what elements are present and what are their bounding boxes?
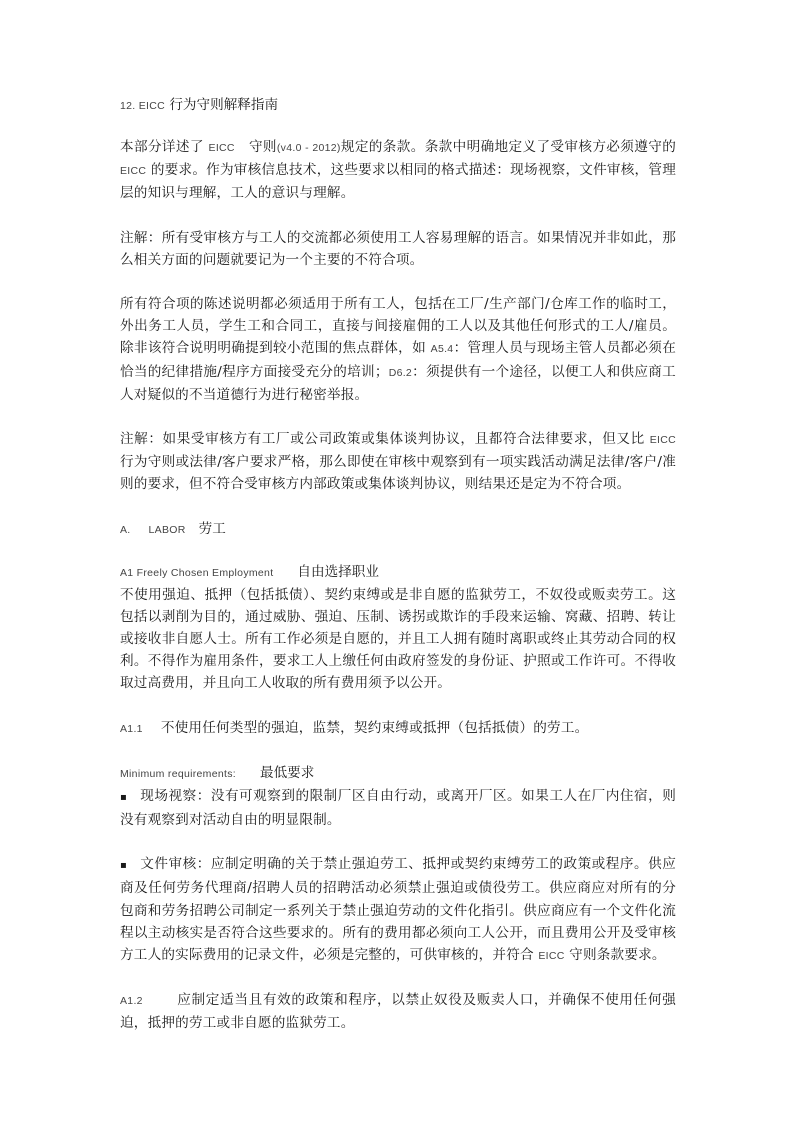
- section-chinese: 劳工: [199, 521, 226, 537]
- a1-english: A1 Freely Chosen Employment: [120, 567, 273, 579]
- intro-text-1: 本部分详述了: [120, 139, 204, 155]
- intro-text-3: 规定的条款。条款中明确地定义了受审核方必须遵守的: [341, 139, 676, 155]
- bullet-document-review: ▪文件审核：应制定明确的关于禁止强迫劳工、抵押或契约束缚劳工的政策或程序。供应商…: [120, 853, 676, 967]
- title-number: 12. EICC: [120, 100, 165, 112]
- a1-chinese: 自由选择职业: [297, 564, 379, 580]
- a1-body: 不使用强迫、抵押（包括抵债）、契约束缚或是非自愿的监狱劳工，不奴役或贩卖劳工。这…: [120, 584, 676, 695]
- eicc-term: EICC: [538, 950, 564, 962]
- document-page: 12. EICC 行为守则解释指南 本部分详述了 EICC 守则(v4.0 - …: [120, 94, 676, 1057]
- clause-code: A1.2: [120, 995, 143, 1007]
- note-language-paragraph: 注解：所有受审核方与工人的交流都必须使用工人容易理解的语言。如果情况并非如此，那…: [120, 227, 676, 271]
- bullet-icon: ▪: [120, 855, 140, 877]
- clause-text: 不使用任何类型的强迫，监禁，契约束缚或抵押（包括抵债）的劳工。: [161, 720, 589, 736]
- a1-2-clause: A1.2应制定适当且有效的政策和程序，以禁止奴役及贩卖人口，并确保不使用任何强迫…: [120, 989, 676, 1034]
- intro-paragraph: 本部分详述了 EICC 守则(v4.0 - 2012)规定的条款。条款中明确地定…: [120, 136, 676, 205]
- scope-paragraph: 所有符合项的陈述说明都必须适用于所有工人，包括在工厂/生产部门/仓库工作的临时工…: [120, 293, 676, 406]
- eicc-term: EICC: [120, 165, 146, 177]
- document-title: 12. EICC 行为守则解释指南: [120, 94, 676, 117]
- section-english: LABOR: [149, 524, 186, 536]
- section-label: A.: [120, 524, 131, 536]
- intro-text-2: 守则: [249, 139, 277, 155]
- bullet-text-2: 守则条款要求。: [569, 947, 666, 963]
- min-req-english: Minimum requirements:: [120, 768, 236, 780]
- note-policy-paragraph: 注解：如果受审核方有工厂或公司政策或集体谈判协议，且都符合法律要求，但又比 EI…: [120, 428, 676, 496]
- a1-1-clause: A1.1不使用任何类型的强迫，监禁，契约束缚或抵押（包括抵债）的劳工。: [120, 717, 676, 740]
- a1-heading: A1 Freely Chosen Employment自由选择职业: [120, 561, 676, 584]
- clause-text: 应制定适当且有效的政策和程序，以禁止奴役及贩卖人口，并确保不使用任何强迫，抵押的…: [120, 992, 676, 1031]
- bullet-icon: ▪: [120, 787, 140, 809]
- section-a-heading: A.LABOR 劳工: [120, 518, 676, 541]
- note2-text-2: 行为守则或法律/客户要求严格，那么即使在审核中观察到有一项实践活动满足法律/客户…: [120, 454, 676, 492]
- reference-d6-2: D6.2: [389, 367, 412, 379]
- reference-a5-4: A5.4: [431, 343, 454, 355]
- note2-text-1: 注解：如果受审核方有工厂或公司政策或集体谈判协议，且都符合法律要求，但又比: [120, 431, 645, 447]
- bullet-text: 现场视察：没有可观察到的限制厂区自由行动，或离开厂区。如果工人在厂内住宿，则没有…: [120, 788, 676, 828]
- eicc-term: EICC: [650, 434, 676, 446]
- minimum-requirements-heading: Minimum requirements:最低要求: [120, 762, 676, 785]
- bullet-site-observation: ▪现场视察：没有可观察到的限制厂区自由行动，或离开厂区。如果工人在厂内住宿，则没…: [120, 785, 676, 831]
- version-label: (v4.0 - 2012): [277, 142, 341, 154]
- clause-code: A1.1: [120, 723, 143, 735]
- intro-text-4: 的要求。作为审核信息技术，这些要求以相同的格式描述：现场视察，文件审核，管理层的…: [120, 162, 676, 201]
- eicc-term: EICC: [209, 142, 235, 154]
- min-req-chinese: 最低要求: [260, 765, 314, 781]
- title-text: 行为守则解释指南: [169, 97, 278, 113]
